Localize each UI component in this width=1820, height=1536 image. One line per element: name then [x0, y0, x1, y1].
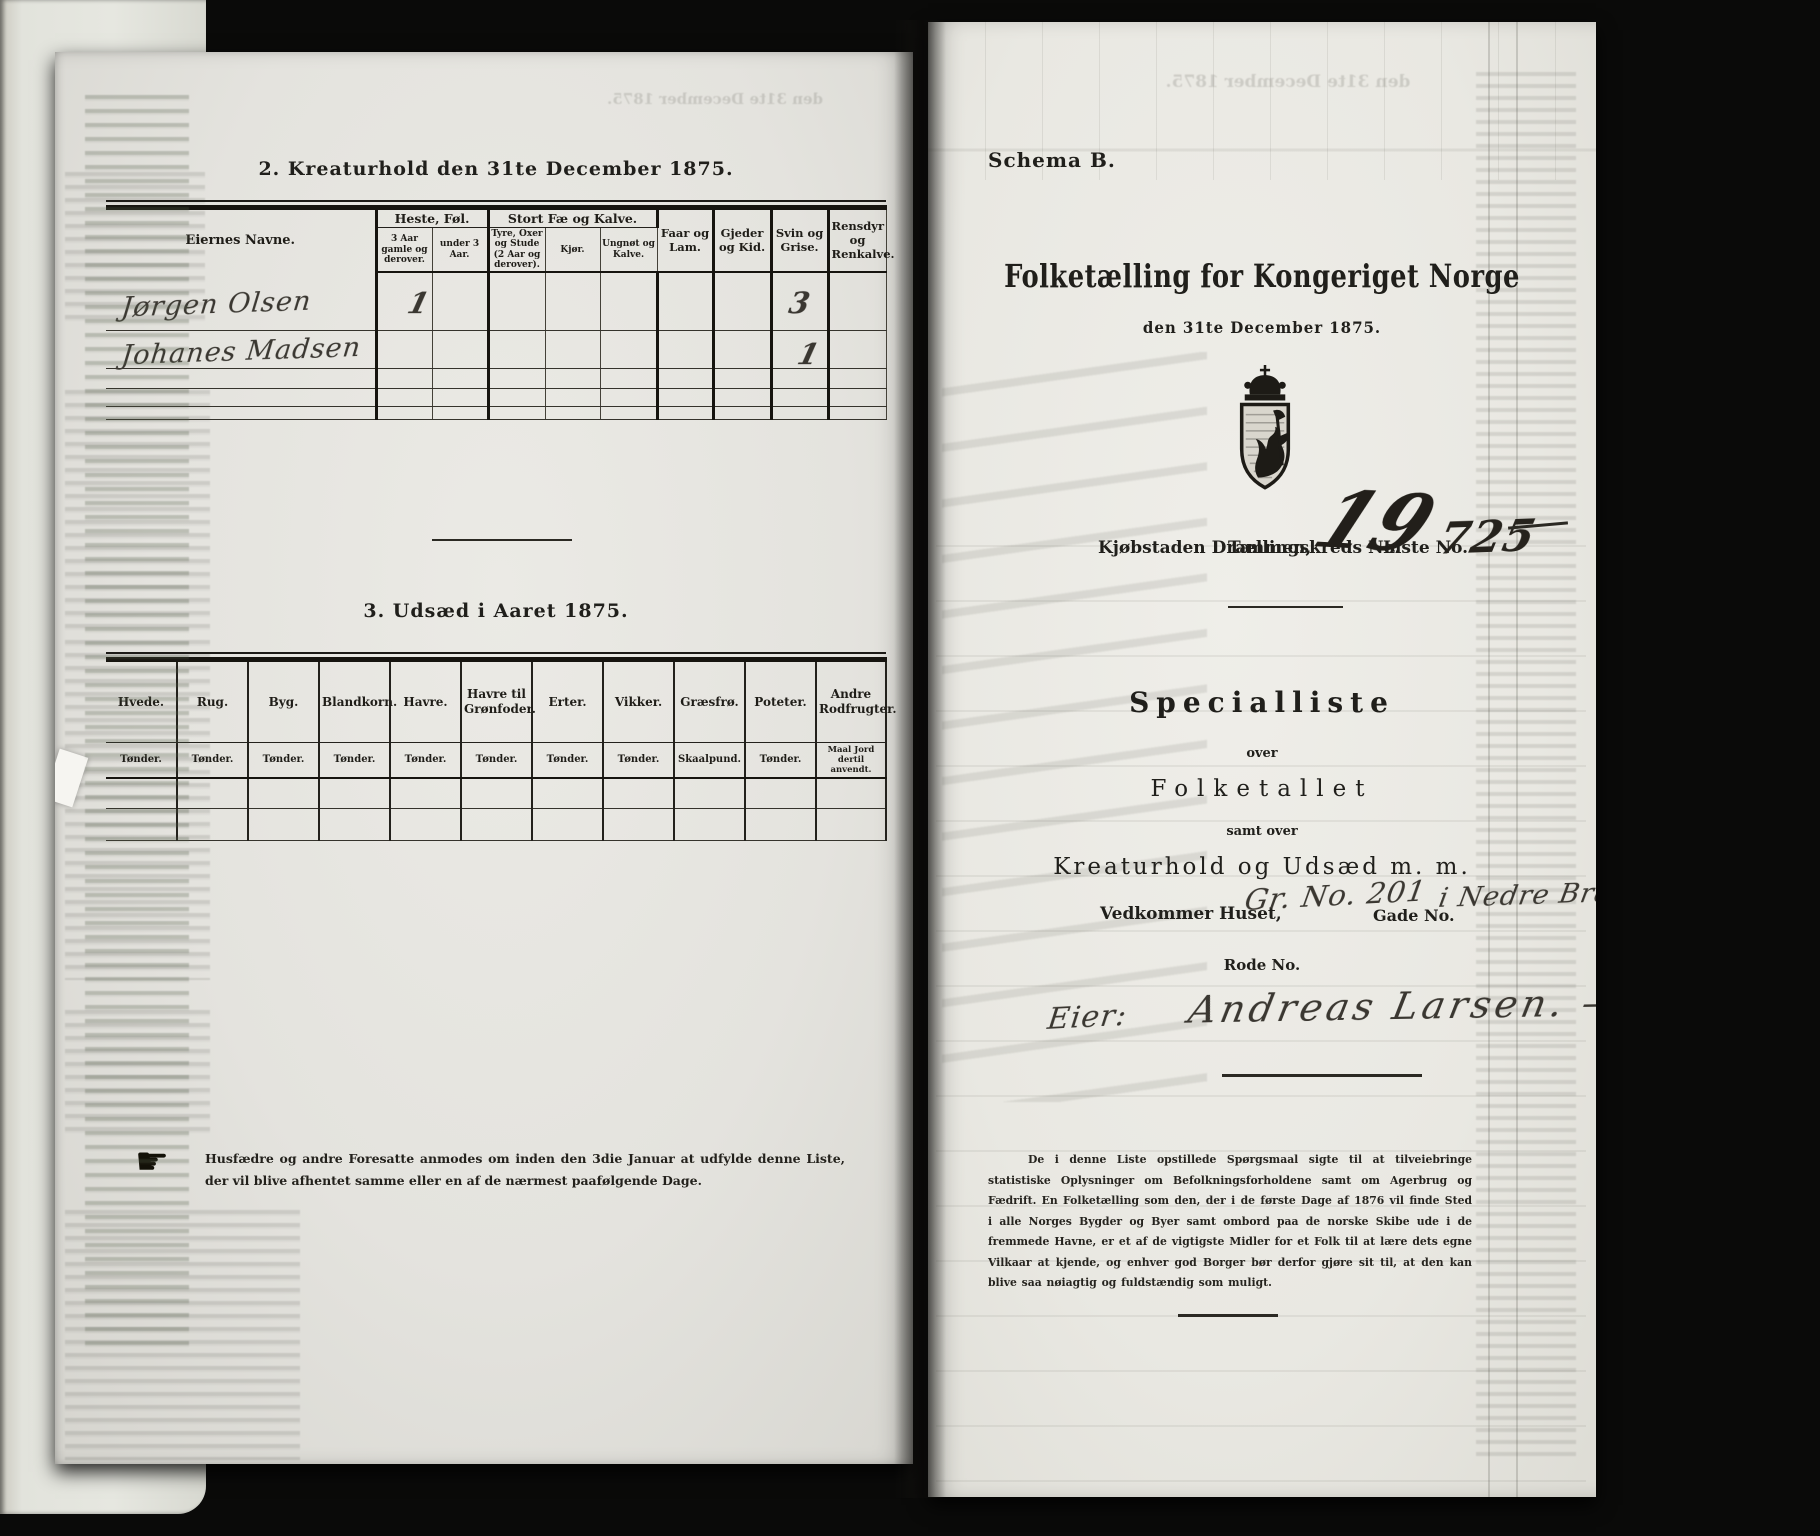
- specialliste-heading: Specialliste: [942, 686, 1582, 719]
- empty-cell: [488, 368, 545, 388]
- empty-cell: [545, 272, 600, 330]
- closing-rule: [1178, 1314, 1278, 1317]
- unit-toender: Tønder.: [532, 743, 603, 779]
- unit-toender: Tønder.: [603, 743, 674, 779]
- empty-cell: [828, 368, 886, 388]
- table-row: [106, 406, 886, 419]
- table-row: [106, 778, 886, 808]
- empty-cell: [488, 272, 545, 330]
- empty-cell: [600, 272, 657, 330]
- explanatory-paragraph: De i denne Liste opstillede Spørgsmaal s…: [988, 1150, 1472, 1294]
- empty-cell: [713, 272, 771, 330]
- empty-cell: [600, 388, 657, 406]
- empty-cell: [545, 388, 600, 406]
- table2-group-header-row: Eiernes Navne. Heste, Føl. Stort Fæ og K…: [106, 208, 886, 228]
- empty-cell: [674, 778, 745, 808]
- col-header-erter: Erter.: [532, 660, 603, 743]
- book-gutter-shadow: [894, 20, 946, 1498]
- empty-cell: [432, 368, 488, 388]
- table-row: [106, 808, 886, 840]
- empty-cell: [674, 808, 745, 840]
- empty-cell: [390, 808, 461, 840]
- col-header-svin-grise: Svin og Grise.: [771, 208, 828, 273]
- empty-cell: [376, 406, 432, 419]
- empty-cell: [657, 388, 713, 406]
- empty-cell: [432, 388, 488, 406]
- empty-cell: [432, 406, 488, 419]
- col-header-heste-3aar: 3 Aar gamle og derover.: [376, 228, 432, 273]
- empty-cell: [603, 778, 674, 808]
- empty-cell: [461, 778, 532, 808]
- bleedthrough-mirrored-title: den 31te December 1875.: [1078, 72, 1498, 92]
- empty-cell: [376, 388, 432, 406]
- empty-cell: [745, 778, 816, 808]
- table3-unit-row: Tønder. Tønder. Tønder. Tønder. Tønder. …: [106, 743, 886, 779]
- col-header-tyre-oxer-stude: Tyre, Oxer og Stude (2 Aar og derover).: [488, 228, 545, 273]
- samt-over-label: samt over: [942, 824, 1582, 839]
- empty-cell: [657, 330, 713, 368]
- census-subtitle: den 31te December 1875.: [961, 318, 1563, 337]
- col-header-blandkorn: Blandkorn.: [319, 660, 390, 743]
- empty-cell: [319, 778, 390, 808]
- col-header-heste-under3: under 3 Aar.: [432, 228, 488, 273]
- col-header-havre-groenfoder: Havre til Grønfoder.: [461, 660, 532, 743]
- table-row: Jørgen Olsen 1 3: [106, 272, 886, 330]
- empty-cell: [713, 368, 771, 388]
- empty-cell: [319, 808, 390, 840]
- crops-table: Hvede. Rug. Byg. Blandkorn. Havre. Havre…: [106, 652, 886, 841]
- empty-cell: [713, 388, 771, 406]
- handwritten-liste-number: 725: [1434, 510, 1541, 564]
- unit-toender: Tønder.: [745, 743, 816, 779]
- col-header-byg: Byg.: [248, 660, 319, 743]
- empty-cell: [657, 368, 713, 388]
- empty-cell: [828, 406, 886, 419]
- col-header-graesfroe: Græsfrø.: [674, 660, 745, 743]
- unit-skaalpund: Skaalpund.: [674, 743, 745, 779]
- empty-cell: [657, 272, 713, 330]
- empty-cell: [532, 808, 603, 840]
- rode-number-label: Rode No.: [942, 956, 1582, 974]
- table3-header-row: Hvede. Rug. Byg. Blandkorn. Havre. Havre…: [106, 660, 886, 743]
- empty-cell: 1: [771, 330, 828, 368]
- handwritten-pig-count: 1: [779, 337, 837, 371]
- col-header-vikker: Vikker.: [603, 660, 674, 743]
- empty-cell: [713, 406, 771, 419]
- folketallet-heading: Folketallet: [942, 776, 1582, 802]
- census-book-scan: den 31te December 1875. 2. Kreaturhold d…: [0, 0, 1820, 1536]
- col-header-andre-rodfrugter: Andre Rodfrugter.: [816, 660, 886, 743]
- norwegian-coat-of-arms: [1224, 364, 1306, 516]
- schema-label: Schema B.: [988, 148, 1116, 172]
- district-underline: [1228, 606, 1343, 608]
- instruction-note-text: Husfædre og andre Foresatte anmodes om i…: [205, 1148, 845, 1192]
- col-header-rensdyr-renkalve: Rensdyr og Renkalve.: [828, 208, 886, 273]
- col-header-poteter: Poteter.: [745, 660, 816, 743]
- col-header-havre: Havre.: [390, 660, 461, 743]
- unit-toender: Tønder.: [390, 743, 461, 779]
- over-label: over: [942, 746, 1582, 761]
- unit-maal-jord: Maal Jord dertil anvendt.: [816, 743, 886, 779]
- bleedthrough-mirrored-title: den 31te December 1875.: [523, 90, 823, 108]
- adjacent-page-edge: [0, 0, 206, 1514]
- right-page: den 31te December 1875. Schema B. Folket…: [928, 22, 1596, 1497]
- col-header-kjoer: Kjør.: [545, 228, 600, 273]
- empty-cell: [545, 330, 600, 368]
- col-header-ungnoet-kalve: Ungnøt og Kalve.: [600, 228, 657, 273]
- table-row: [106, 388, 886, 406]
- unit-toender: Tønder.: [461, 743, 532, 779]
- empty-cell: [745, 808, 816, 840]
- empty-cell: [603, 808, 674, 840]
- empty-cell: 1: [376, 272, 432, 330]
- empty-cell: [432, 330, 488, 368]
- kreaturhold-heading: Kreaturhold og Udsæd m. m.: [942, 854, 1582, 880]
- handwritten-pig-count: 3: [772, 286, 828, 320]
- bleedthrough-handwriting-rows: [942, 352, 1207, 1102]
- empty-cell: [828, 388, 886, 406]
- empty-cell: [376, 368, 432, 388]
- empty-cell: [488, 388, 545, 406]
- empty-cell: 3: [771, 272, 828, 330]
- table-row: [106, 368, 886, 388]
- section-divider-rule: [432, 539, 572, 541]
- empty-cell: [390, 778, 461, 808]
- empty-cell: [532, 778, 603, 808]
- empty-cell: [600, 406, 657, 419]
- empty-cell: [771, 388, 828, 406]
- unit-toender: Tønder.: [319, 743, 390, 779]
- empty-cell: [376, 330, 432, 368]
- empty-cell: [545, 368, 600, 388]
- unit-toender: Tønder.: [248, 743, 319, 779]
- section2-title: 2. Kreaturhold den 31te December 1875.: [106, 158, 886, 180]
- empty-cell: [461, 808, 532, 840]
- census-title: Folketælling for Kongeriget Norge: [968, 258, 1557, 295]
- empty-cell: [488, 406, 545, 419]
- empty-cell: [816, 808, 886, 840]
- empty-cell: [828, 272, 886, 330]
- col-header-faar-lam: Faar og Lam.: [657, 208, 713, 273]
- livestock-table: Eiernes Navne. Heste, Føl. Stort Fæ og K…: [106, 200, 886, 420]
- empty-cell: [600, 368, 657, 388]
- col-header-gjeder-kid: Gjeder og Kid.: [713, 208, 771, 273]
- empty-cell: [713, 330, 771, 368]
- empty-cell: [771, 406, 828, 419]
- empty-cell: [248, 778, 319, 808]
- col-group-heste-foel: Heste, Føl.: [376, 208, 488, 228]
- empty-cell: [816, 778, 886, 808]
- handwritten-horse-count: 1: [389, 286, 447, 320]
- owner-underline-rule: [1222, 1074, 1422, 1077]
- bleedthrough-text-column: [85, 95, 189, 1350]
- empty-cell: [488, 330, 545, 368]
- empty-cell: [657, 406, 713, 419]
- empty-cell: [545, 406, 600, 419]
- instruction-note: ☛ Husfædre og andre Foresatte anmodes om…: [135, 1148, 855, 1192]
- empty-cell: [600, 330, 657, 368]
- empty-cell: [248, 808, 319, 840]
- handwritten-owner-name: Andreas Larsen. —: [1185, 980, 1596, 1032]
- col-group-stort-fae-kalve: Stort Fæ og Kalve.: [488, 208, 657, 228]
- empty-cell: [771, 368, 828, 388]
- section3-title: 3. Udsæd i Aaret 1875.: [106, 600, 886, 622]
- table-row: Johanes Madsen 1: [106, 330, 886, 368]
- handwritten-owner-label: Eier:: [1046, 998, 1130, 1037]
